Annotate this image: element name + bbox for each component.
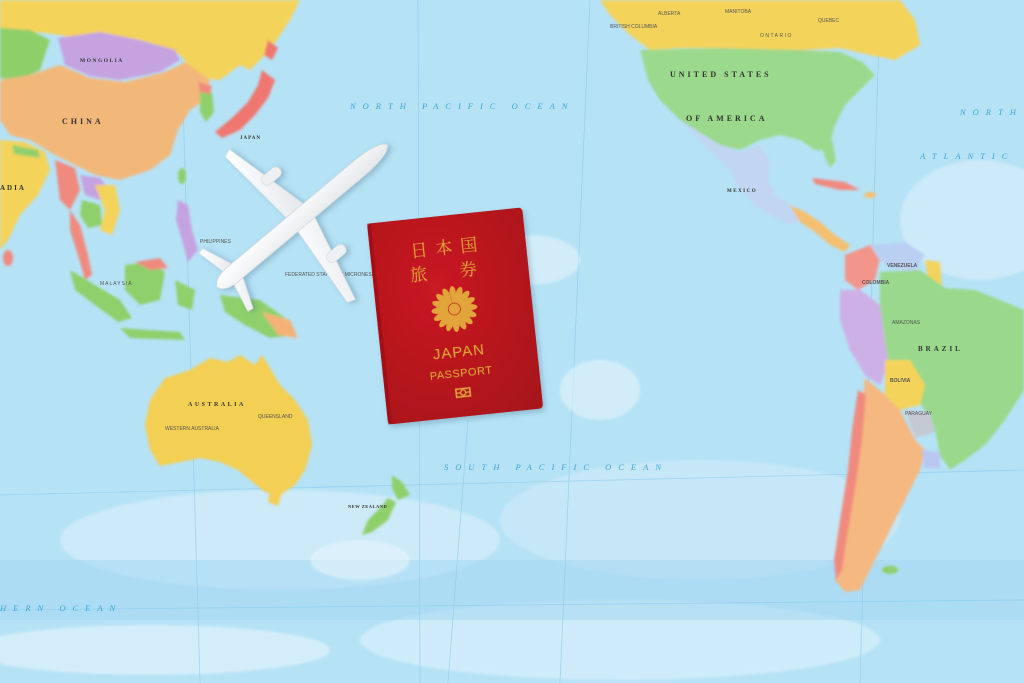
label-western-australia: WESTERN AUSTRALIA [165, 426, 220, 432]
label-north-atlantic-2: ATLANTIC OC [919, 151, 1024, 161]
label-india: ADIA [0, 184, 26, 192]
label-paraguay: PARAGUAY [905, 411, 933, 417]
passport: 日本国 旅 券 JAPAN PASSPORT [367, 207, 543, 424]
label-mongolia: MONGOLIA [80, 58, 124, 64]
label-bolivia: BOLIVIA [890, 378, 911, 384]
world-map: NORTH PACIFIC OCEAN SOUTH PACIFIC OCEAN … [0, 0, 1024, 683]
map-photo-scene: NORTH PACIFIC OCEAN SOUTH PACIFIC OCEAN … [0, 0, 1024, 683]
label-new-zealand: NEW ZEALAND [348, 504, 388, 509]
label-amazonas: AMAZONAS [892, 320, 921, 326]
label-colombia: COLOMBIA [862, 280, 890, 286]
label-japan: JAPAN [240, 136, 261, 141]
label-mexico: MEXICO [727, 189, 757, 194]
label-australia: AUSTRALIA [188, 402, 246, 408]
label-malaysia: MALAYSIA [100, 281, 133, 287]
label-south-pacific-ocean: SOUTH PACIFIC OCEAN [444, 462, 668, 472]
label-brazil: BRAZIL [918, 345, 963, 353]
label-alberta: ALBERTA [658, 11, 681, 17]
label-venezuela: VENEZUELA [887, 263, 918, 269]
label-ontario: ONTARIO [760, 33, 793, 39]
label-china: CHINA [62, 117, 104, 126]
label-north-pacific-ocean: NORTH PACIFIC OCEAN [349, 101, 574, 111]
label-queensland: QUEENSLAND [258, 414, 293, 420]
label-british-columbia: BRITISH COLUMBIA [610, 24, 658, 30]
label-quebec: QUEBEC [818, 18, 840, 24]
label-philippines: PHILIPPINES [200, 239, 232, 245]
label-usa-1: UNITED STATES [670, 70, 772, 79]
label-southern-ocean: HERN OCEAN [0, 603, 122, 613]
label-manitoba: MANITOBA [725, 9, 752, 15]
label-usa-2: OF AMERICA [686, 114, 767, 123]
label-north-atlantic-1: NORTH [959, 107, 1023, 117]
